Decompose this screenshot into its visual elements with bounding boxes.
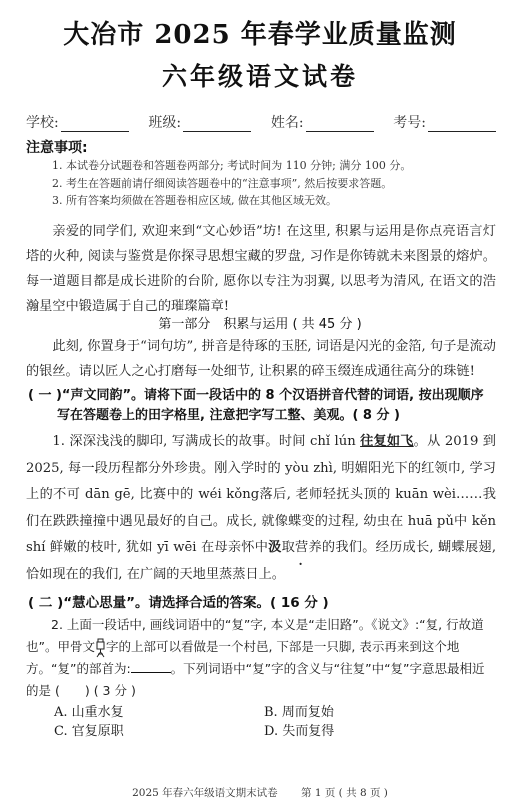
option-c-text: 官复原职 — [72, 724, 124, 739]
question-1: 1. 深深浅浅的脚印, 写满成长的故事。时间 chǐ lún 往复如飞。从 20… — [26, 429, 496, 588]
school-label: 学校: — [26, 112, 59, 132]
option-c[interactable]: C. 官复原职 — [54, 722, 264, 741]
exam-number-field: 考号: — [393, 110, 496, 132]
option-b[interactable]: B. 周而复始 — [264, 703, 474, 722]
exam-title-line1: 大冶市 2025 年春学业质量监测 — [0, 14, 520, 51]
page-footer: 2025 年春六年级语文期末试卷 第 1 页 ( 共 8 页 ) — [0, 785, 520, 800]
option-d[interactable]: D. 失而复得 — [264, 722, 474, 741]
oracle-bone-glyph-icon — [95, 638, 106, 658]
option-d-key: D. — [264, 724, 278, 739]
exam-title-line2: 六年级语文试卷 — [0, 57, 520, 93]
exam-number-blank[interactable] — [428, 117, 496, 132]
radical-answer-blank[interactable] — [131, 660, 171, 673]
q2-options: A. 山重水复 B. 周而复始 C. 官复原职 D. 失而复得 — [54, 703, 474, 741]
option-b-text: 周而复始 — [282, 705, 334, 720]
option-c-key: C. — [54, 724, 68, 739]
notice-item: 3. 所有答案均须做在答题卷相应区域, 做在其他区域无效。 — [52, 192, 411, 210]
option-b-key: B. — [264, 705, 278, 720]
option-a-text: 山重水复 — [72, 705, 124, 720]
notice-list: 1. 本试卷分试题卷和答题卷两部分; 考试时间为 110 分钟; 满分 100 … — [52, 157, 411, 210]
section2-heading: ( 二 )“慧心思量”。请选择合适的答案。( 16 分 ) — [28, 593, 498, 613]
name-label: 姓名: — [271, 112, 304, 132]
section1-heading-line1: ( 一 )“声文同韵”。请将下面一段话中的 8 个汉语拼音代替的词语, 按出现顺… — [28, 388, 484, 403]
footer-page-number: 第 1 页 ( 共 8 页 ) — [301, 787, 388, 799]
section1-heading: ( 一 )“声文同韵”。请将下面一段话中的 8 个汉语拼音代替的词语, 按出现顺… — [28, 386, 498, 426]
part1-title: 第一部分 积累与运用 ( 共 45 分 ) — [0, 313, 520, 332]
school-blank[interactable] — [61, 117, 129, 132]
option-d-text: 失而复得 — [282, 724, 334, 739]
option-a[interactable]: A. 山重水复 — [54, 703, 264, 722]
section1-heading-line2: 写在答题卷上的田字格里, 注意把字写工整、美观。( 8 分 ) — [28, 406, 498, 426]
class-field: 班级: — [148, 110, 251, 132]
notice-item: 2. 考生在答题前请仔细阅读答题卷中的“注意事项”, 然后按要求答题。 — [52, 175, 411, 193]
school-field: 学校: — [26, 110, 129, 132]
class-label: 班级: — [148, 112, 181, 132]
q1-text-part1: 1. 深深浅浅的脚印, 写满成长的故事。时间 chǐ lún — [52, 434, 360, 449]
notice-title: 注意事项: — [26, 137, 88, 157]
question-2: 2. 上面一段话中, 画线词语中的“复”字, 本义是“走旧路”。《说文》:“复,… — [26, 614, 496, 702]
intro-paragraph: 亲爱的同学们, 欢迎来到“文心妙语”坊! 在这里, 积累与运用是你点亮语言灯塔的… — [26, 219, 496, 319]
exam-number-label: 考号: — [393, 112, 426, 132]
q1-text-part2: 。从 2019 到 2025, 每一段历程都分外珍贵。刚入学时的 yòu zhì… — [26, 434, 496, 555]
q1-underlined-word: 往复如飞 — [360, 434, 414, 449]
name-blank[interactable] — [306, 117, 374, 132]
notice-item: 1. 本试卷分试题卷和答题卷两部分; 考试时间为 110 分钟; 满分 100 … — [52, 157, 411, 175]
name-field: 姓名: — [271, 110, 374, 132]
footer-exam-name: 2025 年春六年级语文期末试卷 — [132, 787, 278, 799]
class-blank[interactable] — [183, 117, 251, 132]
option-a-key: A. — [54, 705, 68, 720]
part1-intro: 此刻, 你置身于“词句坊”, 拼音是待琢的玉胚, 词语是闪光的金箔, 句子是流动… — [26, 334, 496, 384]
q1-dotted-char: 汲 — [268, 540, 281, 555]
student-info-row: 学校: 班级: 姓名: 考号: — [26, 110, 496, 132]
